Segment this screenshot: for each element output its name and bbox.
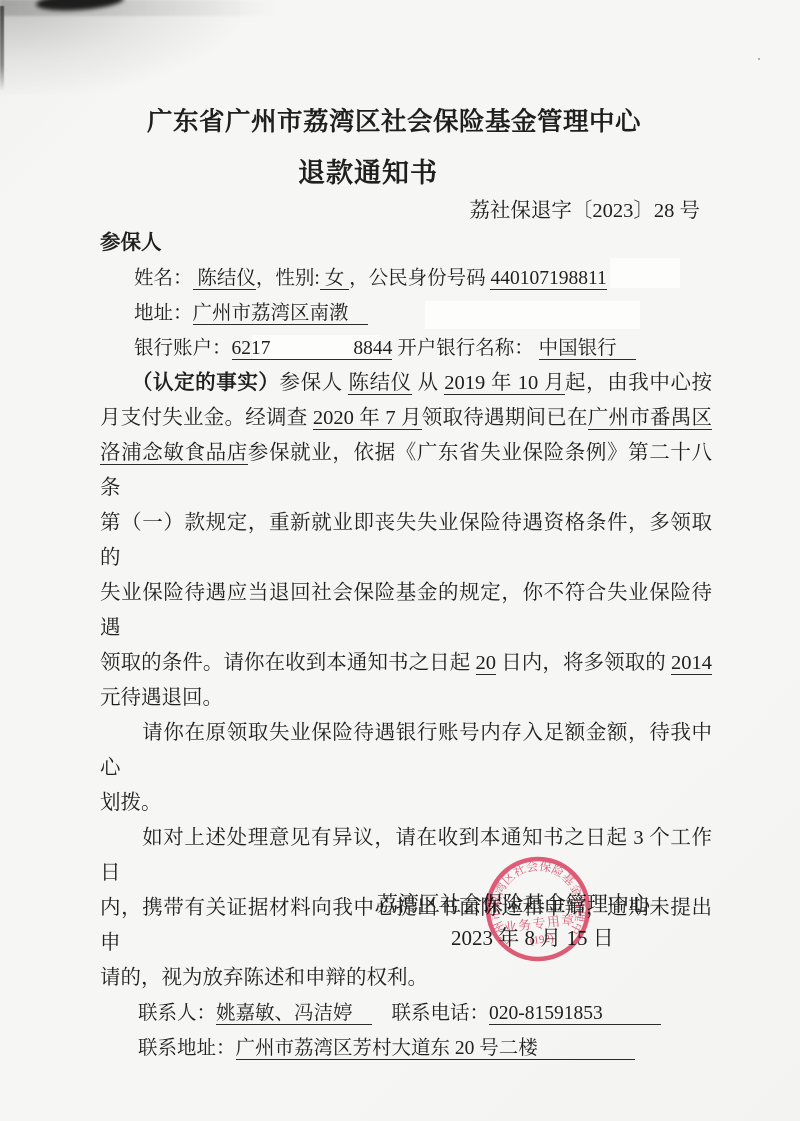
text-line: 洛浦念敏食品店参保就业，依据《广东省失业保险条例》第二十八条: [100, 436, 712, 506]
filled-field-value: 洛浦念敏食品店: [100, 442, 248, 465]
filled-field-value: 广州市番禺区: [588, 407, 712, 430]
document-title: 广东省广州市荔湾区社会保险基金管理中心: [147, 102, 637, 138]
text-segment: 地址：: [134, 303, 193, 324]
filled-field-value: 440107198811: [490, 268, 606, 290]
filled-field-value: 广州市荔湾区芳村大道东 20 号二楼: [236, 1038, 636, 1060]
seal-label: 业务专用章: [503, 912, 577, 936]
text-line: 地址：广州市荔湾区南漖: [100, 296, 712, 331]
document-subtitle: 退款通知书: [298, 151, 498, 190]
text-line: （认定的事实）参保人 陈结仪 从 2019 年 10 月起，由我中心按: [100, 366, 712, 401]
text-segment: 姓名：: [134, 268, 193, 289]
text-line: 请你在原领取失业保险待遇银行账号内存入足额金额，待我中心: [100, 716, 712, 786]
filled-field-value: 姚嘉敏、冯洁婷: [216, 1003, 372, 1025]
text-line: 第（一）款规定，重新就业即丧失失业保险待遇资格条件，多领取的: [100, 506, 712, 576]
scan-speck: [758, 58, 760, 60]
text-segment: 起，由我中心按: [565, 372, 712, 394]
text-line: 元待遇退回。: [100, 681, 712, 716]
document-lines: 参保人姓名： 陈结仪，性别: 女 ，公民身份号码 440107198811地址：…: [100, 226, 712, 1066]
filled-field-value: 2014: [671, 652, 712, 675]
text-segment: 领取的条件。请你在收到本通知书之日起: [100, 652, 476, 674]
filled-field-value: 2019 年 10 月: [444, 372, 565, 395]
filled-field-value: 2020 年 7 月: [313, 407, 422, 430]
text-segment: 如对上述处理意见有异议，请在收到本通知书之日起 3 个工作日: [100, 827, 712, 884]
text-line: 请的，视为放弃陈述和申辩的权利。: [100, 961, 712, 996]
text-line: 领取的条件。请你在收到本通知书之日起 20 日内，将多领取的 2014: [100, 646, 712, 681]
text-segment: 开户银行名称：: [392, 338, 538, 359]
document-number: 荔社保退字〔2023〕28 号: [469, 193, 700, 223]
text-line: 如对上述处理意见有异议，请在收到本通知书之日起 3 个工作日: [100, 821, 712, 891]
text-segment: ，性别:: [256, 268, 320, 289]
text-segment: 联系地址：: [138, 1038, 236, 1059]
official-seal-stamp: 广州市荔湾区社会保险基金管理中心 业务专用章 (192): [483, 854, 593, 964]
text-line: 失业保险待遇应当退回社会保险基金的规定，你不符合失业保险待遇: [100, 576, 712, 646]
filled-field-value: 中国银行: [539, 338, 637, 360]
text-segment: 月支付失业金。经调查: [100, 407, 313, 429]
text-segment: 参保人: [100, 232, 162, 254]
filled-field-value: 陈结仪: [193, 268, 256, 290]
text-line: 姓名： 陈结仪，性别: 女 ，公民身份号码 440107198811: [100, 261, 712, 296]
text-segment: [100, 372, 142, 394]
text-segment: 从: [412, 372, 445, 394]
text-line: 划拨。: [100, 786, 712, 821]
filled-field-value: 陈结仪: [348, 372, 411, 395]
text-segment: 请的，视为放弃陈述和申辩的权利。: [100, 967, 428, 989]
text-line: 银行账户：6217 8844 开户银行名称： 中国银行: [100, 331, 712, 366]
text-segment: 失业保险待遇应当退回社会保险基金的规定，你不符合失业保险待遇: [100, 582, 712, 639]
text-line: 联系人：姚嘉敏、冯洁婷 联系电话：020-81591853: [100, 996, 712, 1031]
text-segment: 参保人: [280, 372, 349, 394]
filled-field-value: 广州市荔湾区南漖: [193, 303, 369, 325]
text-segment: 划拨。: [100, 792, 162, 814]
seal-number: (192): [529, 932, 554, 947]
filled-field-value: 20: [476, 652, 497, 675]
scanned-document-page: 广东省广州市荔湾区社会保险基金管理中心 退款通知书 荔社保退字〔2023〕28 …: [0, 0, 800, 1121]
text-segment: 元待遇退回。: [100, 687, 223, 709]
scan-edge-artifact: [0, 6, 4, 91]
text-segment: 日内，将多领取的: [496, 652, 671, 674]
text-segment: 领取待遇期间已在: [422, 407, 588, 429]
text-segment: （认定的事实）: [142, 372, 279, 394]
filled-field-value: 020-81591853: [489, 1003, 661, 1025]
filled-field-value: 6217 8844: [232, 338, 393, 360]
text-segment: 请你在原领取失业保险待遇银行账号内存入足额金额，待我中心: [100, 722, 712, 779]
filled-field-value: 女: [320, 268, 349, 290]
text-segment: 联系人：: [138, 1003, 216, 1024]
text-segment: 银行账户：: [134, 338, 232, 359]
text-line: 参保人: [100, 226, 712, 261]
text-segment: ，公民身份号码: [349, 268, 490, 289]
text-line: 联系地址：广州市荔湾区芳村大道东 20 号二楼: [100, 1031, 712, 1066]
text-line: 月支付失业金。经调查 2020 年 7 月领取待遇期间已在广州市番禺区: [100, 401, 712, 436]
text-segment: 第（一）款规定，重新就业即丧失失业保险待遇资格条件，多领取的: [100, 512, 712, 569]
text-segment: 联系电话：: [372, 1003, 489, 1024]
